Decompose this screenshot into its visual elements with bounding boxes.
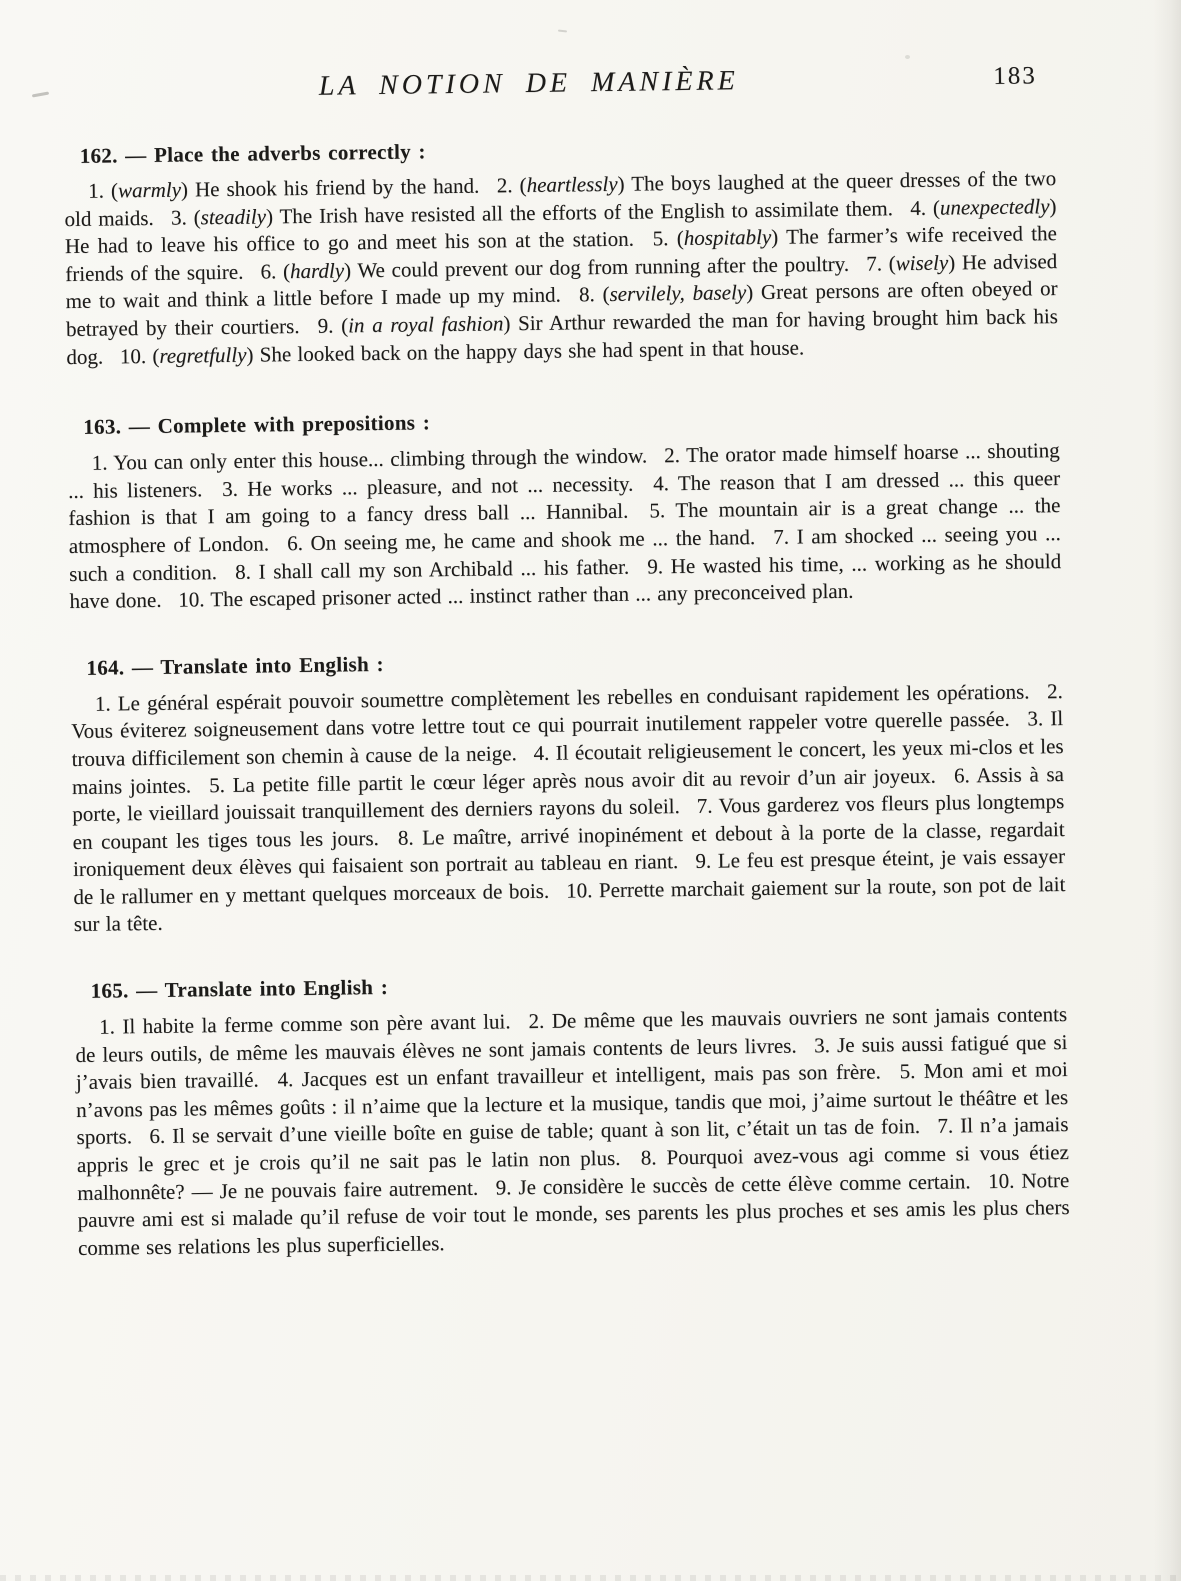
page-header: LA NOTION DE MANIÈRE 183 — [63, 61, 1055, 118]
exercise-163: 163. — Complete with prepositions : 1. Y… — [67, 402, 1062, 616]
exercise-165-heading: 165. — Translate into English : — [90, 966, 1066, 1004]
exercise-162-body: 1. (warmly) He shook his friend by the h… — [64, 165, 1058, 371]
exercise-162: 162. — Place the adverbs correctly : 1. … — [64, 131, 1059, 371]
page-number: 183 — [993, 62, 1037, 91]
running-title: LA NOTION DE MANIÈRE — [63, 62, 995, 106]
exercise-165-body: 1. Il habite la ferme comme son père ava… — [75, 1001, 1070, 1262]
book-page: LA NOTION DE MANIÈRE 183 162. — Place th… — [0, 0, 1181, 1581]
exercise-162-heading: 162. — Place the adverbs correctly : — [80, 131, 1056, 169]
exercise-164-body: 1. Le général espérait pouvoir soumettre… — [71, 678, 1066, 939]
exercise-164: 164. — Translate into English : 1. Le gé… — [70, 643, 1066, 939]
page-content: LA NOTION DE MANIÈRE 183 162. — Place th… — [0, 0, 1181, 1581]
exercise-163-heading: 163. — Complete with prepositions : — [83, 402, 1059, 440]
exercise-163-body: 1. You can only enter this house... clim… — [68, 437, 1062, 616]
exercise-165: 165. — Translate into English : 1. Il ha… — [74, 966, 1070, 1262]
exercise-164-heading: 164. — Translate into English : — [86, 643, 1062, 681]
